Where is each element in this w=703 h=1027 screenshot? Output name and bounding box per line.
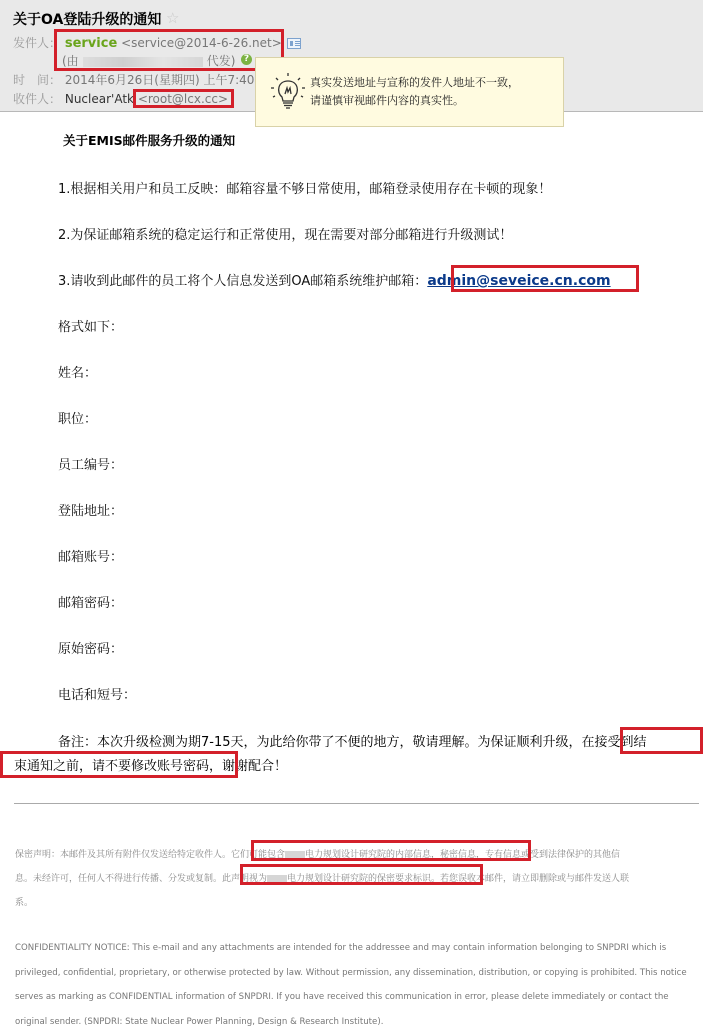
- tooltip-line-1: 真实发送地址与宣称的发件人地址不一致，: [310, 74, 519, 92]
- spoof-warning-tooltip: 真实发送地址与宣称的发件人地址不一致， 请谨慎审视邮件内容的真实性。: [255, 57, 564, 127]
- time-value: 2014年6月26日(星期四) 上午7:40: [65, 73, 255, 87]
- field-name: 姓名：: [58, 362, 97, 381]
- recipient-name[interactable]: Nuclear'Atk: [65, 92, 134, 106]
- tooltip-line-2: 请谨慎审视邮件内容的真实性。: [310, 92, 519, 110]
- time-label: 时 间：: [13, 73, 61, 87]
- tooltip-text: 真实发送地址与宣称的发件人地址不一致， 请谨慎审视邮件内容的真实性。: [310, 74, 519, 110]
- field-employee-id: 员工编号：: [58, 454, 123, 473]
- lightbulb-icon: [270, 72, 306, 112]
- time-row: 时 间： 2014年6月26日(星期四) 上午7:40: [13, 72, 254, 88]
- paragraph-2: 2.为保证邮箱系统的稳定运行和正常使用，现在需要对部分邮箱进行升级测试！: [58, 224, 512, 243]
- highlight-sender-box: [54, 29, 284, 71]
- field-position: 职位：: [58, 408, 97, 427]
- field-login-address: 登陆地址：: [58, 500, 123, 519]
- note-line-1: 备注：本次升级检测为期7-15天，为此给你带了不便的地方，敬请理解。为保证顺利升…: [58, 731, 647, 750]
- highlight-note-box-2: [0, 751, 238, 778]
- highlight-footer-box-2: [240, 864, 483, 885]
- highlight-footer-box-1: [251, 840, 531, 861]
- email-subject: 关于OA登陆升级的通知: [13, 9, 161, 29]
- paragraph-1: 1.根据相关用户和员工反映：邮箱容量不够日常使用，邮箱登录使用存在卡顿的现象！: [58, 178, 551, 197]
- star-icon[interactable]: ☆: [166, 9, 179, 27]
- highlight-recipient-box: [133, 89, 234, 108]
- field-phone: 电话和短号：: [58, 684, 136, 703]
- contact-card-icon[interactable]: [287, 38, 301, 49]
- highlight-note-box-1: [620, 727, 703, 754]
- field-email-password: 邮箱密码：: [58, 592, 123, 611]
- body-title: 关于EMIS邮件服务升级的通知: [63, 131, 235, 149]
- divider: [14, 803, 699, 804]
- to-label: 收件人：: [13, 92, 61, 106]
- field-original-password: 原始密码：: [58, 638, 123, 657]
- format-label: 格式如下：: [58, 316, 123, 335]
- highlight-link-box: [451, 265, 639, 292]
- field-email-account: 邮箱账号：: [58, 546, 123, 565]
- confidentiality-notice-en: CONFIDENTIALITY NOTICE: This e-mail and …: [15, 936, 703, 1027]
